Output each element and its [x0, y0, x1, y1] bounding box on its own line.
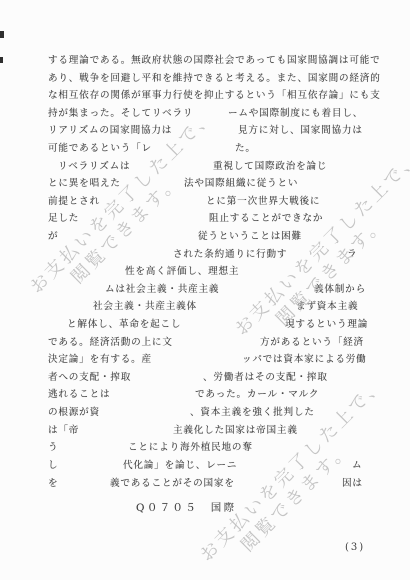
text-segment: された条約通りに行動す — [173, 246, 287, 260]
text-segment: リアリズムの国家間協力は — [48, 122, 172, 136]
text-line: と解体し、革命を起こし現するという理論 — [0, 316, 410, 329]
text-line: 決定論」を有する。産ッパでは資本家による労働 — [0, 351, 410, 364]
text-segment: である。経済活動の上に文 — [48, 334, 173, 348]
text-line: である。経済活動の上に文方があるという「経済 — [0, 334, 410, 347]
text-segment: あり、戦争を回避し平和を維持できると考える。また、国家間の経済的 — [48, 70, 381, 84]
text-segment: 見方に対し、国家間協力は — [238, 122, 363, 136]
scan-artifact — [0, 57, 3, 63]
text-segment: 阻止することができなか — [209, 210, 323, 224]
text-segment: とに異を唱えた — [48, 175, 121, 189]
text-line: 者への支配・搾取、労働者はその支配・搾取 — [0, 369, 410, 382]
scan-artifact — [0, 31, 4, 38]
text-line: する理論である。無政府状態の国際社会であっても国家間協調は可能で — [0, 52, 410, 65]
text-segment: ことにより海外植民地の奪 — [128, 439, 253, 453]
text-segment: 逃れることは — [48, 386, 110, 400]
text-segment: 重視して国際政治を論じ — [213, 158, 327, 172]
text-line: な相互依存の関係が軍事力行使を抑止するという「相互依存論」にも支 — [0, 87, 410, 100]
text-segment: を — [48, 475, 58, 489]
text-segment: 持が集まった。そしてリベラリ — [48, 105, 193, 119]
text-line: 前提とされとに第一次世界大戦後に — [0, 193, 410, 206]
text-segment: 法や国際組織に従うとい — [184, 175, 298, 189]
text-segment: 因は — [342, 475, 363, 489]
text-segment: は「帝 — [48, 422, 79, 436]
text-segment: 足した — [48, 210, 79, 224]
text-segment: う — [48, 439, 58, 453]
document-page: する理論である。無政府状態の国際社会であっても国家間協調は可能であり、戦争を回避… — [0, 0, 410, 580]
text-segment: ムは社会主義・共産主義 — [105, 281, 219, 295]
question-id-label: Q０７０５ 国際 — [136, 499, 237, 514]
page-number: (3) — [345, 542, 365, 553]
text-segment: 義であることがその国家を — [110, 475, 235, 489]
text-line: とに異を唱えた法や国際組織に従うとい — [0, 175, 410, 188]
text-segment: と解体し、革命を起こし — [67, 316, 181, 330]
text-segment: リベラリズムは — [58, 158, 130, 172]
text-segment: 者への支配・搾取 — [48, 369, 131, 383]
text-segment: する理論である。無政府状態の国際社会であっても国家間協調は可能で — [48, 52, 381, 66]
text-segment: であった。カール・マルク — [195, 386, 319, 400]
text-segment: の根源が資 — [48, 404, 100, 418]
text-segment: な相互依存の関係が軍事力行使を抑止するという「相互依存論」にも支 — [48, 87, 381, 101]
text-segment: 、資本主義を強く批判した — [190, 404, 315, 418]
text-segment: 社会主義・共産主義体 — [93, 298, 197, 312]
text-segment: 代化論」を論じ、レーニ — [123, 457, 237, 471]
text-segment: が — [48, 228, 58, 242]
text-segment: し — [48, 457, 58, 471]
text-segment: ム — [352, 457, 362, 471]
text-segment: 主義化した国家は帝国主義 — [173, 422, 298, 436]
text-line: を義であることがその国家を因は — [0, 475, 410, 488]
text-segment: た。 — [235, 140, 256, 154]
text-segment: 決定論」を有する。産 — [48, 351, 152, 365]
text-segment: 可能であるという「レ — [48, 140, 152, 154]
text-line: あり、戦争を回避し平和を維持できると考える。また、国家間の経済的 — [0, 70, 410, 83]
text-segment: 性を高く評価し、理想主 — [125, 263, 239, 277]
text-segment: ームや国際制度にも着目し、 — [228, 105, 363, 119]
text-segment: 従うということは困難 — [198, 228, 302, 242]
text-segment: 前提とされ — [48, 193, 100, 207]
text-segment: とに第一次世界大戦後に — [206, 193, 320, 207]
text-segment: 、労働者はその支配・搾取 — [203, 369, 328, 383]
